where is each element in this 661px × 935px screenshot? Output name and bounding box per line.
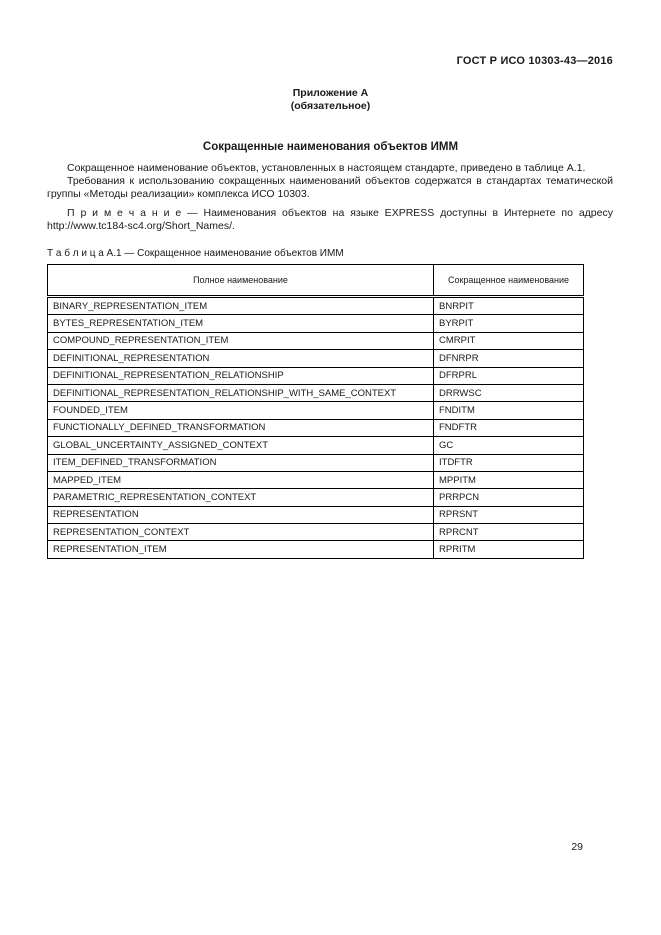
table-body: BINARY_REPRESENTATION_ITEMBNRPITBYTES_RE…: [48, 297, 584, 559]
full-name-cell: REPRESENTATION_CONTEXT: [48, 524, 434, 541]
table-row: FOUNDED_ITEMFNDITM: [48, 402, 584, 419]
short-name-cell: BYRPIT: [434, 315, 584, 332]
table-row: DEFINITIONAL_REPRESENTATION_RELATIONSHIP…: [48, 367, 584, 384]
paragraph: Требования к использованию сокращенных н…: [47, 175, 613, 201]
abbreviations-table: Полное наименование Сокращенное наименов…: [47, 264, 584, 559]
full-name-cell: PARAMETRIC_REPRESENTATION_CONTEXT: [48, 489, 434, 506]
full-name-cell: BYTES_REPRESENTATION_ITEM: [48, 315, 434, 332]
short-name-cell: DRRWSC: [434, 384, 584, 401]
table-row: DEFINITIONAL_REPRESENTATION_RELATIONSHIP…: [48, 384, 584, 401]
table-row: REPRESENTATION_ITEMRPRITM: [48, 541, 584, 558]
table-row: ITEM_DEFINED_TRANSFORMATIONITDFTR: [48, 454, 584, 471]
table-row: BYTES_REPRESENTATION_ITEMBYRPIT: [48, 315, 584, 332]
standard-code-header: ГОСТ Р ИСО 10303-43—2016: [457, 55, 613, 67]
table-row: REPRESENTATION_CONTEXTRPRCNT: [48, 524, 584, 541]
full-name-cell: ITEM_DEFINED_TRANSFORMATION: [48, 454, 434, 471]
note-paragraph: П р и м е ч а н и е — Наименования объек…: [47, 207, 613, 233]
short-name-cell: CMRPIT: [434, 332, 584, 349]
table-row: GLOBAL_UNCERTAINTY_ASSIGNED_CONTEXTGC: [48, 437, 584, 454]
short-name-cell: DFRPRL: [434, 367, 584, 384]
short-name-cell: DFNRPR: [434, 350, 584, 367]
full-name-cell: FOUNDED_ITEM: [48, 402, 434, 419]
table-header-row: Полное наименование Сокращенное наименов…: [48, 265, 584, 297]
annex-label: Приложение А: [0, 87, 661, 100]
full-name-cell: FUNCTIONALLY_DEFINED_TRANSFORMATION: [48, 419, 434, 436]
table-row: DEFINITIONAL_REPRESENTATIONDFNRPR: [48, 350, 584, 367]
short-name-cell: FNDITM: [434, 402, 584, 419]
table-caption: Т а б л и ц а А.1 — Сокращенное наименов…: [47, 248, 583, 259]
column-header-full-name: Полное наименование: [48, 265, 434, 297]
short-name-cell: RPRITM: [434, 541, 584, 558]
short-name-cell: RPRCNT: [434, 524, 584, 541]
full-name-cell: DEFINITIONAL_REPRESENTATION_RELATIONSHIP…: [48, 384, 434, 401]
body-text: Сокращенное наименование объектов, устан…: [47, 162, 613, 233]
full-name-cell: DEFINITIONAL_REPRESENTATION: [48, 350, 434, 367]
annex-qualifier: (обязательное): [0, 100, 661, 113]
table-row: COMPOUND_REPRESENTATION_ITEMCMRPIT: [48, 332, 584, 349]
table-row: PARAMETRIC_REPRESENTATION_CONTEXTPRRPCN: [48, 489, 584, 506]
column-header-short-name: Сокращенное наименование: [434, 265, 584, 297]
short-name-cell: FNDFTR: [434, 419, 584, 436]
full-name-cell: DEFINITIONAL_REPRESENTATION_RELATIONSHIP: [48, 367, 434, 384]
full-name-cell: BINARY_REPRESENTATION_ITEM: [48, 297, 434, 315]
annex-heading: Приложение А (обязательное): [0, 87, 661, 113]
full-name-cell: REPRESENTATION_ITEM: [48, 541, 434, 558]
document-page: ГОСТ Р ИСО 10303-43—2016 Приложение А (о…: [0, 0, 661, 935]
annex-title: Сокращенные наименования объектов ИММ: [0, 141, 661, 153]
short-name-cell: MPPITM: [434, 471, 584, 488]
full-name-cell: MAPPED_ITEM: [48, 471, 434, 488]
table-row: MAPPED_ITEMMPPITM: [48, 471, 584, 488]
paragraph: Сокращенное наименование объектов, устан…: [47, 162, 613, 175]
full-name-cell: COMPOUND_REPRESENTATION_ITEM: [48, 332, 434, 349]
table-row: REPRESENTATIONRPRSNT: [48, 506, 584, 523]
short-name-cell: BNRPIT: [434, 297, 584, 315]
table-row: FUNCTIONALLY_DEFINED_TRANSFORMATIONFNDFT…: [48, 419, 584, 436]
short-name-cell: ITDFTR: [434, 454, 584, 471]
short-name-cell: GC: [434, 437, 584, 454]
short-name-cell: RPRSNT: [434, 506, 584, 523]
full-name-cell: GLOBAL_UNCERTAINTY_ASSIGNED_CONTEXT: [48, 437, 434, 454]
page-number: 29: [571, 841, 583, 853]
short-name-cell: PRRPCN: [434, 489, 584, 506]
table-row: BINARY_REPRESENTATION_ITEMBNRPIT: [48, 297, 584, 315]
full-name-cell: REPRESENTATION: [48, 506, 434, 523]
